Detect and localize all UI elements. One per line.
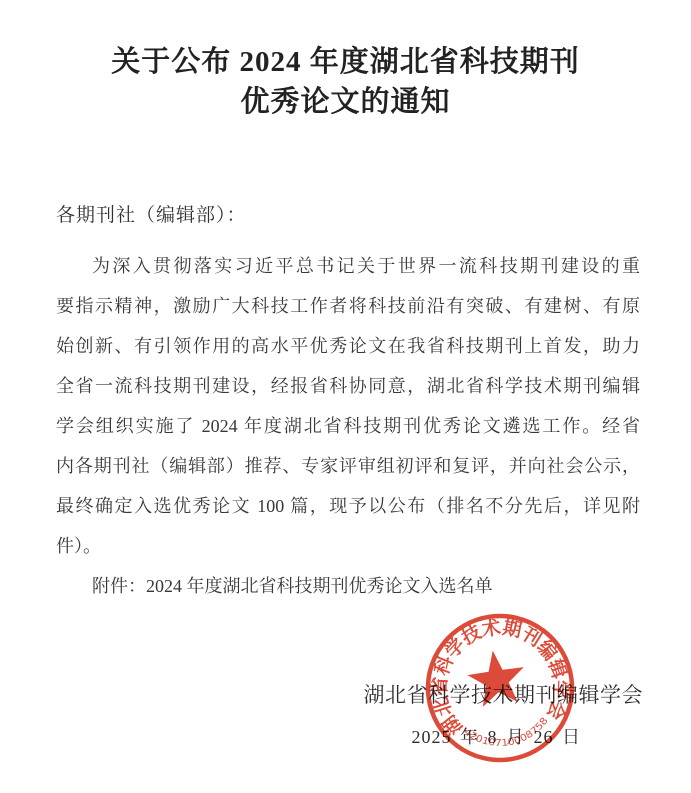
body-line: 为深入贯彻落实习近平总书记关于世界一流科技期刊建设的重	[56, 246, 640, 286]
document-title: 关于公布 2024 年度湖北省科技期刊 优秀论文的通知	[0, 42, 691, 122]
body-line: 学会组织实施了 2024 年度湖北省科技期刊优秀论文遴选工作。经省	[56, 406, 640, 446]
salutation-line: 各期刊社（编辑部）：	[56, 196, 640, 236]
body-paragraph: 为深入贯彻落实习近平总书记关于世界一流科技期刊建设的重 要指示精神，激励广大科技…	[56, 246, 640, 566]
title-line-1: 关于公布 2024 年度湖北省科技期刊	[0, 42, 691, 82]
body-line: 件）。	[56, 526, 640, 566]
notice-document-page: 关于公布 2024 年度湖北省科技期刊 优秀论文的通知 各期刊社（编辑部）： 为…	[0, 0, 691, 793]
title-line-2: 优秀论文的通知	[0, 82, 691, 122]
body-line: 始创新、有引领作用的高水平优秀论文在我省科技期刊上首发，助力	[56, 326, 640, 366]
signature-organization: 湖北省科学技术期刊编辑学会	[364, 679, 644, 709]
body-line: 最终确定入选优秀论文 100 篇，现予以公布（排名不分先后，详见附	[56, 486, 640, 526]
body-line: 内各期刊社（编辑部）推荐、专家评审组初评和复评，并向社会公示，	[56, 446, 640, 486]
signature-date: 2025 年 8 月 26 日	[412, 723, 582, 749]
seal-ring-text-holder: 湖北省科学技术期刊编辑学会	[418, 607, 578, 742]
body-line: 全省一流科技期刊建设，经报省科协同意，湖北省科学技术期刊编辑	[56, 366, 640, 406]
body-line: 要指示精神，激励广大科技工作者将科技前沿有突破、有建树、有原	[56, 286, 640, 326]
seal-ring-text: 湖北省科学技术期刊编辑学会	[418, 607, 578, 742]
attachment-line: 附件：2024 年度湖北省科技期刊优秀论文入选名单	[56, 566, 640, 606]
document-body: 各期刊社（编辑部）： 为深入贯彻落实习近平总书记关于世界一流科技期刊建设的重 要…	[56, 196, 640, 606]
